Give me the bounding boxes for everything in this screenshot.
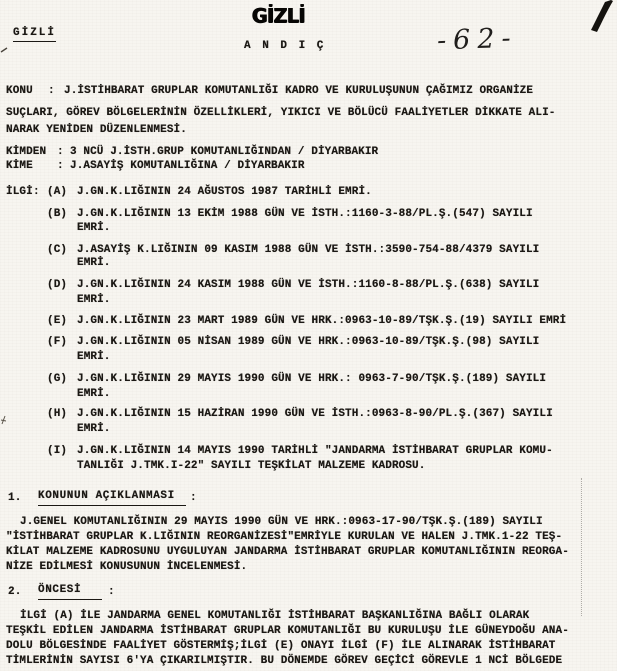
from-label: KİMDEN	[6, 146, 46, 159]
pen-mark-icon	[583, 0, 615, 34]
reference-item-id: (I)	[47, 445, 67, 458]
reference-item-id: (A)	[47, 186, 67, 199]
reference-item-text: J.GN.K.LIĞININ 15 HAZİRAN 1990 GÜN VE İS…	[77, 408, 553, 421]
paper-fold-mark	[581, 478, 582, 616]
reference-item-id: (H)	[47, 408, 67, 421]
reference-item-text: J.GN.K.LIĞININ 14 MAYIS 1990 TARİHLİ "JA…	[77, 445, 553, 458]
paragraph-line: TİMLERİNİN SAYISI 6'YA ÇIKARILMIŞTIR. BU…	[6, 655, 562, 668]
from-colon: :	[57, 146, 64, 159]
section-colon: :	[190, 492, 197, 505]
subject-colon: :	[48, 85, 55, 98]
reference-item-id: (D)	[47, 279, 67, 292]
from-value: 3 NCÜ J.İSTH.GRUP KOMUTANLIĞINDAN / DİYA…	[70, 146, 378, 159]
reference-item-id: (B)	[47, 208, 67, 221]
reference-item-id: (C)	[47, 244, 67, 257]
reference-item-continuation: EMRİ.	[77, 423, 111, 436]
section-heading: ÖNCESİ	[38, 584, 102, 600]
classification-marking: GİZLİ	[13, 27, 56, 42]
references-label: İLGİ	[6, 186, 33, 199]
gizli-stamp: GİZLİ	[252, 4, 305, 27]
reference-item-continuation: EMRİ.	[77, 351, 111, 364]
paragraph-line: "İSTİHBARAT GRUPLAR K.LIĞININ REORGANİZE…	[6, 531, 562, 544]
section-number: 1.	[8, 492, 21, 505]
subject-line: NARAK YENİDEN DÜZENLENMESİ.	[6, 124, 187, 137]
section-heading: KONUNUN AÇIKLANMASI	[38, 490, 186, 506]
margin-mark-icon	[0, 414, 8, 426]
reference-item-continuation: TANLIĞI J.TMK.I-22" SAYILI TEŞKİLAT MALZ…	[77, 460, 425, 473]
to-label: KİME	[6, 160, 33, 173]
subject-label: KONU	[6, 85, 33, 98]
reference-item-id: (F)	[47, 336, 67, 349]
subject-line: J.İSTİHBARAT GRUPLAR KOMUTANLIĞI KADRO V…	[64, 85, 533, 98]
reference-item-continuation: EMRİ.	[77, 222, 111, 235]
paragraph-line: NİZE EDİLMESİ KONUSUNUN İNCELENMESİ.	[6, 561, 247, 574]
reference-item-text: J.GN.K.LIĞININ 13 EKİM 1988 GÜN VE İSTH.…	[77, 208, 533, 221]
reference-item-text: J.GN.K.LIĞININ 23 MART 1989 GÜN VE HRK.:…	[77, 315, 566, 328]
reference-item-continuation: EMRİ.	[77, 388, 111, 401]
reference-item-text: J.GN.K.LIĞININ 05 NİSAN 1989 GÜN VE HRK.…	[77, 336, 539, 349]
paragraph-line: DOLU BÖLGESİNDE FAALİYET GÖSTERMİŞ;İLGİ …	[6, 640, 556, 653]
reference-item-id: (E)	[47, 315, 67, 328]
references-colon: :	[33, 186, 40, 199]
reference-item-continuation: EMRİ.	[77, 257, 111, 270]
page-number-handwritten: -62-	[436, 23, 518, 57]
margin-mark-icon	[0, 44, 10, 54]
reference-item-continuation: EMRİ.	[77, 294, 111, 307]
reference-item-id: (G)	[47, 373, 67, 386]
section-number: 2.	[8, 586, 21, 599]
paragraph-line: TEŞKİL EDİLEN JANDARMA İSTİHBARAT GRUPLA…	[6, 625, 569, 638]
section-heading-text: ÖNCESİ	[38, 584, 102, 600]
reference-item-text: J.GN.K.LIĞININ 29 MAYIS 1990 GÜN VE HRK.…	[77, 373, 546, 386]
reference-item-text: J.GN.K.LIĞININ 24 KASIM 1988 GÜN VE İSTH…	[77, 279, 539, 292]
reference-item-text: J.ASAYİŞ K.LIĞININ 09 KASIM 1988 GÜN VE …	[77, 244, 539, 257]
document-page: GİZLİ GİZLİ A N D I Ç -62- KONU : J.İSTİ…	[0, 0, 617, 671]
document-title: A N D I Ç	[244, 40, 326, 53]
to-value: J.ASAYİŞ KOMUTANLIĞINA / DİYARBAKIR	[70, 160, 305, 173]
paragraph-line: J.GENEL KOMUTANLIĞININ 29 MAYIS 1990 GÜN…	[20, 516, 543, 529]
subject-line: SUÇLARI, GÖREV BÖLGELERİNİN ÖZELLİKLERİ,…	[6, 107, 556, 120]
paragraph-line: İLGİ (A) İLE JANDARMA GENEL KOMUTANLIĞI …	[20, 610, 529, 623]
section-heading-text: KONUNUN AÇIKLANMASI	[38, 490, 186, 506]
paragraph-line: KİLAT MALZEME KADROSUNU UYGULUYAN JANDAR…	[6, 546, 569, 559]
reference-item-text: J.GN.K.LIĞININ 24 AĞUSTOS 1987 TARİHLİ E…	[77, 186, 372, 199]
to-colon: :	[57, 160, 64, 173]
section-colon: :	[108, 586, 115, 599]
